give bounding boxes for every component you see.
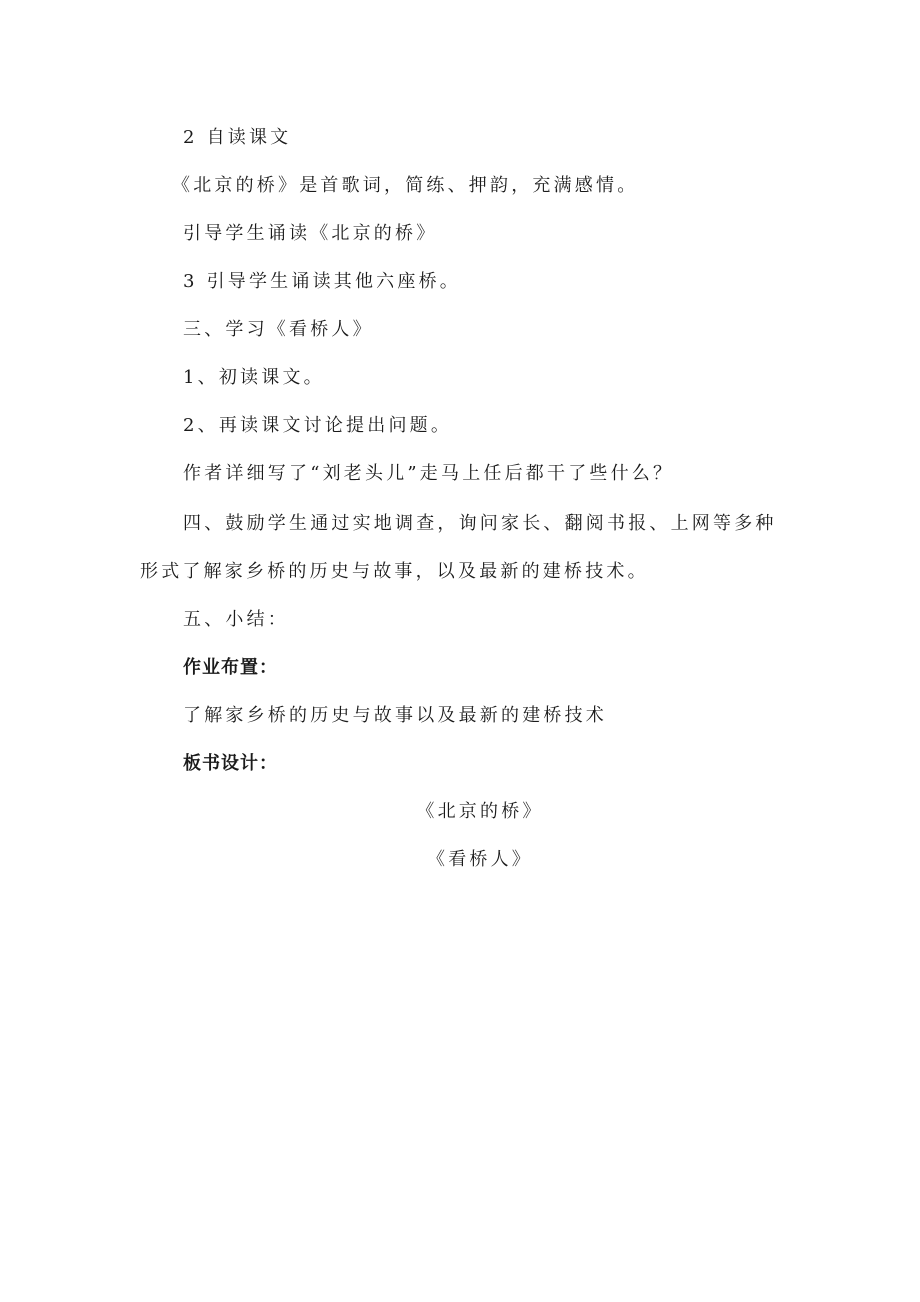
homework-content: 了解家乡桥的历史与故事以及最新的建桥技术 [183,704,607,728]
section-three-heading: 三、学习《看桥人》 [183,318,374,342]
step-first-reading: 1、初读课文。 [183,366,325,390]
step-second-reading: 2、再读课文讨论提出问题。 [183,414,452,438]
question-line: 作者详细写了“刘老头儿”走马上任后都干了些什么？ [183,462,674,486]
section-four-line1: 四、鼓励学生通过实地调查，询问家长、翻阅书报、上网等多种 [183,512,777,536]
board-design-heading: 板书设计： [183,752,278,776]
paragraph-beijing-bridge-intro: 《北京的桥》是首歌词，简练、押韵，充满感情。 [172,174,638,198]
board-item-bridge-keeper: 《看桥人》 [0,848,920,872]
homework-heading: 作业布置： [183,656,278,680]
document-page: 2 自读课文 《北京的桥》是首歌词，简练、押韵，充满感情。 引导学生诵读《北京的… [0,0,920,1302]
section-four-line2: 形式了解家乡桥的历史与故事，以及最新的建桥技术。 [140,560,649,584]
section-self-reading: 2 自读课文 [183,126,291,150]
board-item-beijing-bridge: 《北京的桥》 [0,800,920,824]
paragraph-guide-recite: 引导学生诵读《北京的桥》 [183,222,437,246]
section-recite-six-bridges: 3 引导学生诵读其他六座桥。 [183,270,461,294]
section-five-summary: 五、小结： [183,608,289,632]
